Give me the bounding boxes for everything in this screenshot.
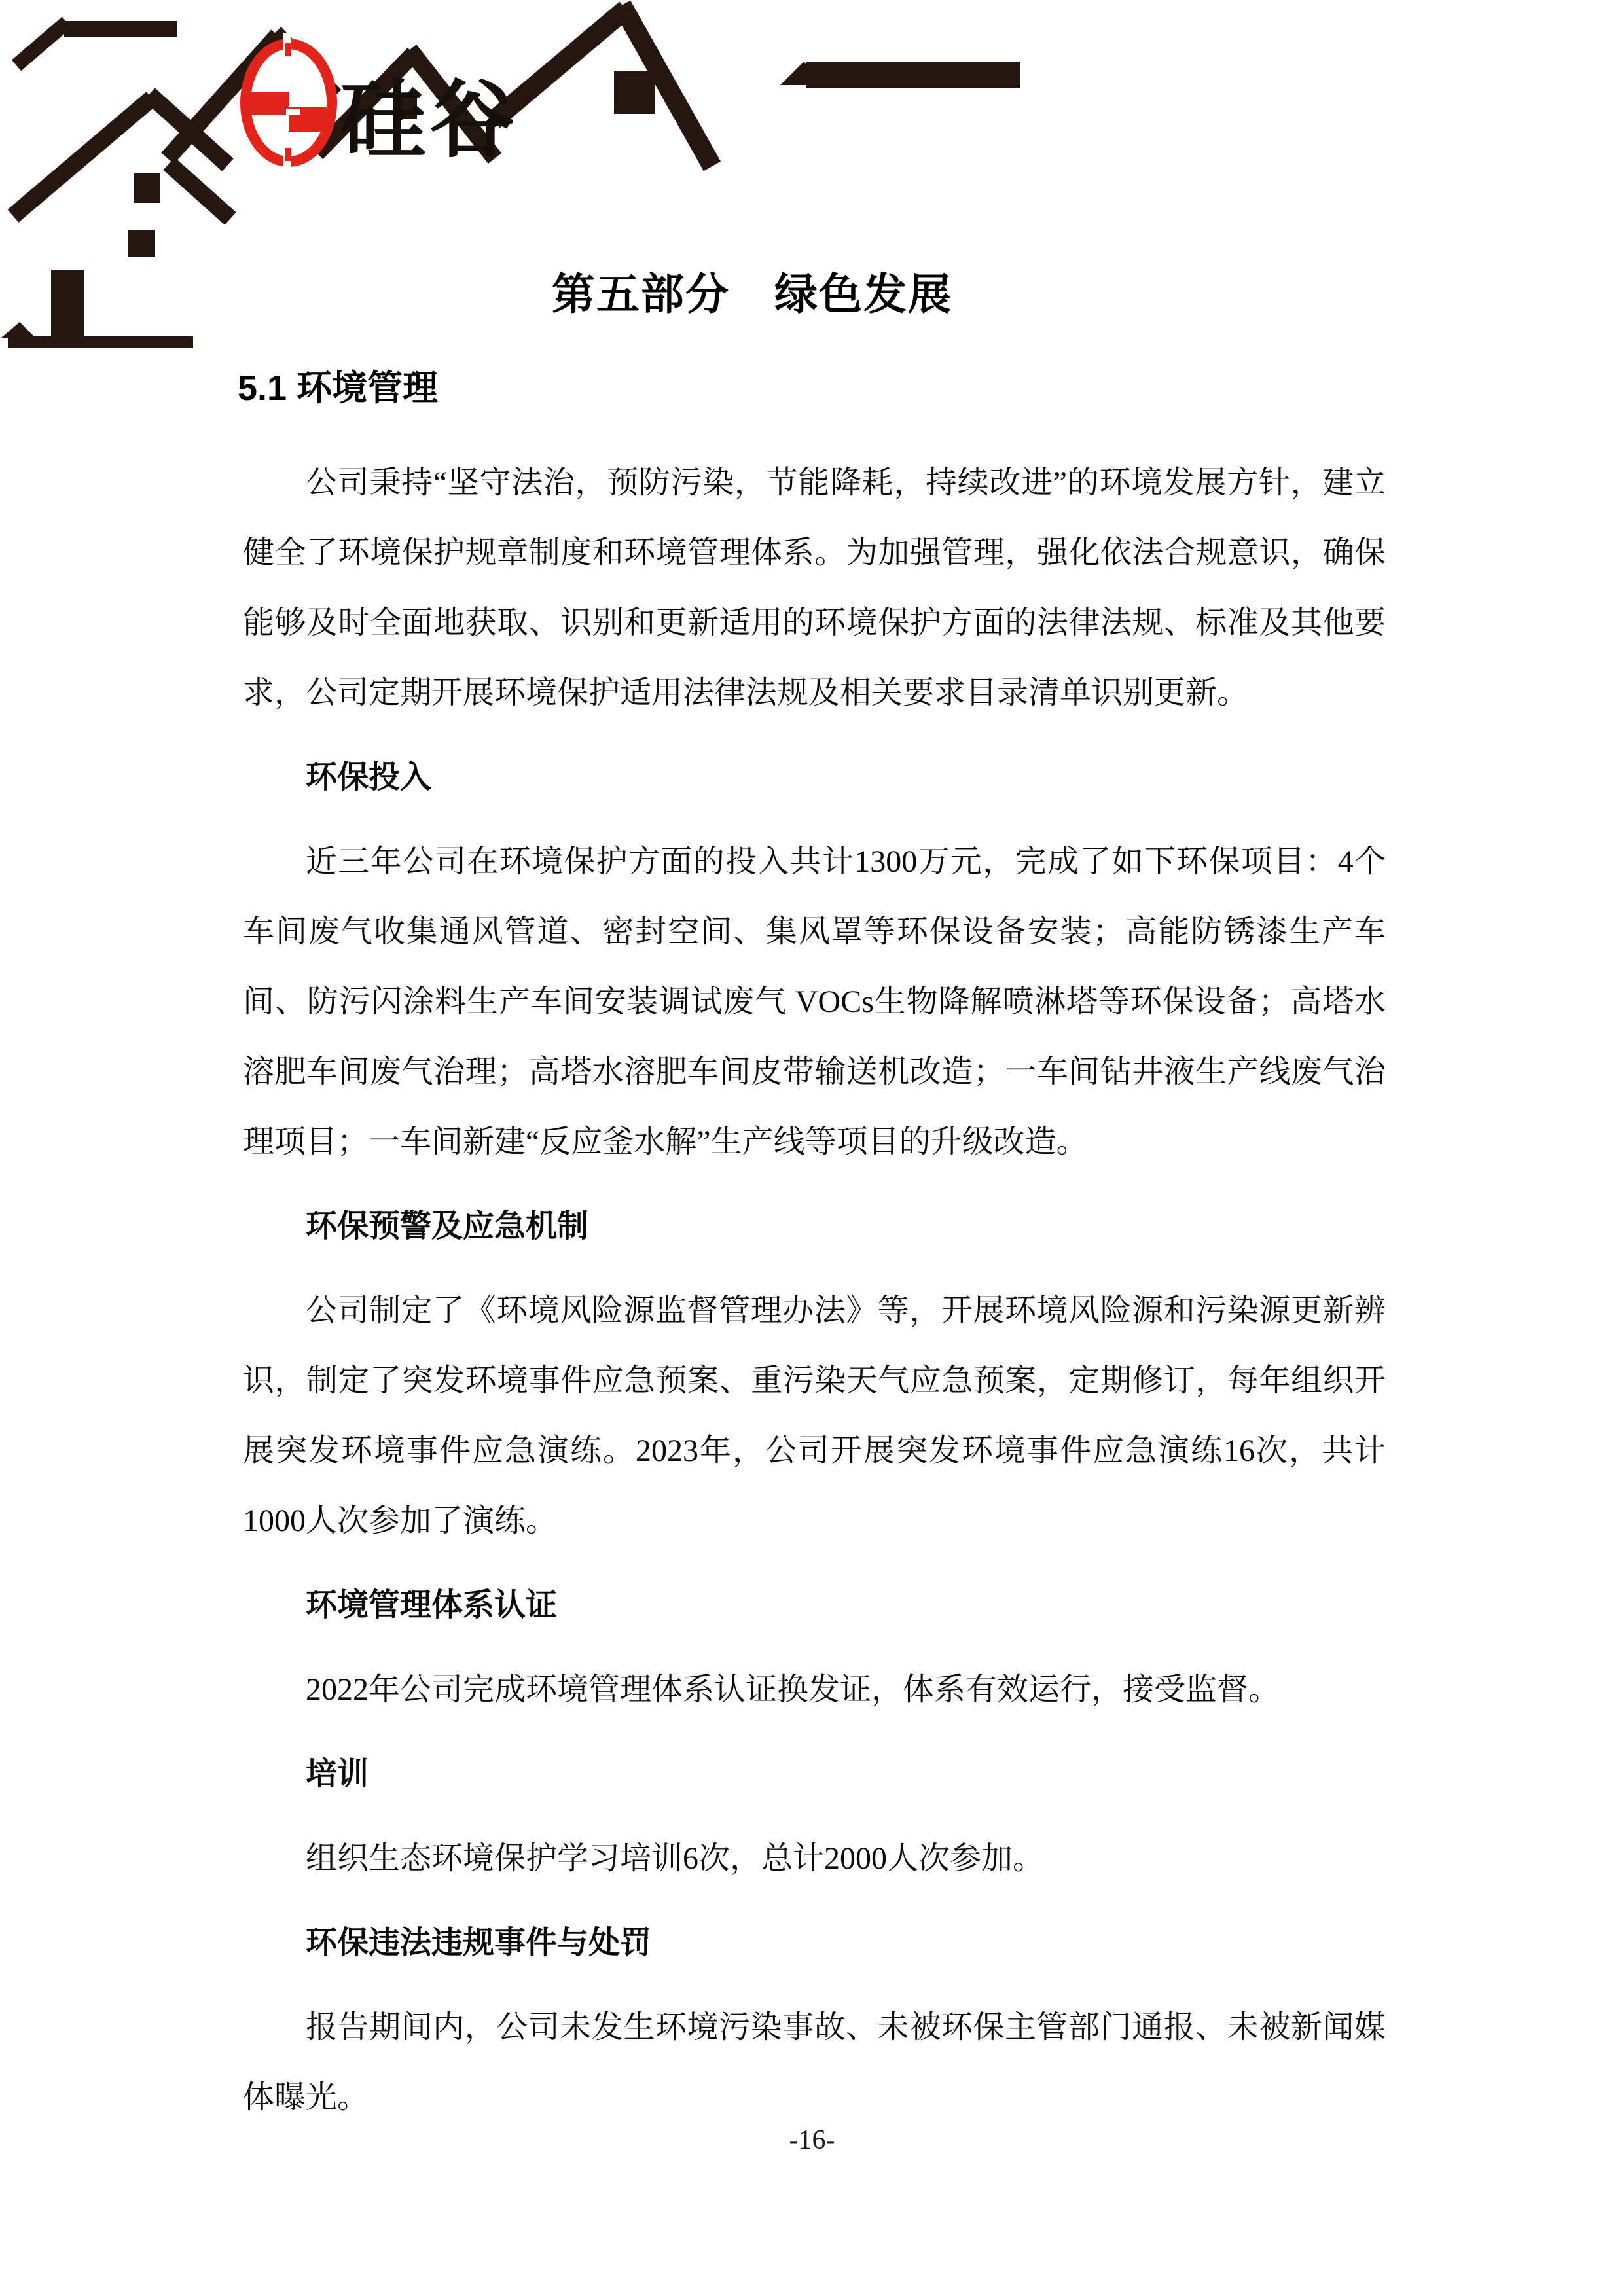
page-number: -16- — [0, 2125, 1624, 2156]
body-paragraph: 公司秉持“坚守法治，预防污染，节能降耗，持续改进”的环境发展方针，建立健全了环境… — [243, 448, 1386, 728]
house-baseline-triangle — [1, 322, 35, 338]
body-text: 公司秉持“坚守法治，预防污染，节能降耗，持续改进”的环境发展方针，建立健全了环境… — [243, 448, 1386, 2132]
sub-heading: 环境管理体系认证 — [243, 1570, 1386, 1640]
sub-heading: 环保投入 — [243, 742, 1386, 812]
house-baseline — [8, 336, 193, 348]
chimney-square — [614, 71, 655, 114]
house-window-square — [128, 230, 155, 257]
body-paragraph: 2022年公司完成环境管理体系认证换发证，体系有效运行，接受监督。 — [243, 1655, 1386, 1725]
sub-heading: 环保预警及应急机制 — [243, 1191, 1386, 1261]
roof-bar — [806, 62, 1020, 88]
body-paragraph: 报告期间内，公司未发生环境污染事故、未被环保主管部门通报、未被新闻媒体曝光。 — [243, 1992, 1386, 2132]
body-paragraph: 近三年公司在环境保护方面的投入共计1300万元，完成了如下环保项目：4个车间废气… — [243, 827, 1386, 1177]
sub-heading: 培训 — [243, 1739, 1386, 1809]
roof-stroke — [16, 22, 67, 65]
house-pillar — [51, 270, 84, 347]
roof-stroke — [169, 164, 230, 219]
company-logo: 硅谷 — [0, 0, 1047, 458]
roof-stroke — [13, 98, 152, 216]
report-page: 硅谷 第五部分 绿色发展 5.1 环境管理 公司秉持“坚守法治，预防污染，节能降… — [0, 0, 1624, 2296]
body-paragraph: 公司制定了《环境风险源监督管理办法》等，开展环境风险源和污染源更新辨识，制定了突… — [243, 1276, 1386, 1556]
red-s-emblem — [245, 33, 332, 171]
chapter-title: 第五部分 绿色发展 — [552, 259, 952, 321]
section-heading: 5.1 环境管理 — [238, 360, 438, 410]
chimney-square — [134, 173, 160, 203]
sub-heading: 环保违法违规事件与处罚 — [243, 1908, 1386, 1978]
company-name-text: 硅谷 — [340, 72, 518, 168]
body-paragraph: 组织生态环境保护学习培训6次，总计2000人次参加。 — [243, 1823, 1386, 1893]
